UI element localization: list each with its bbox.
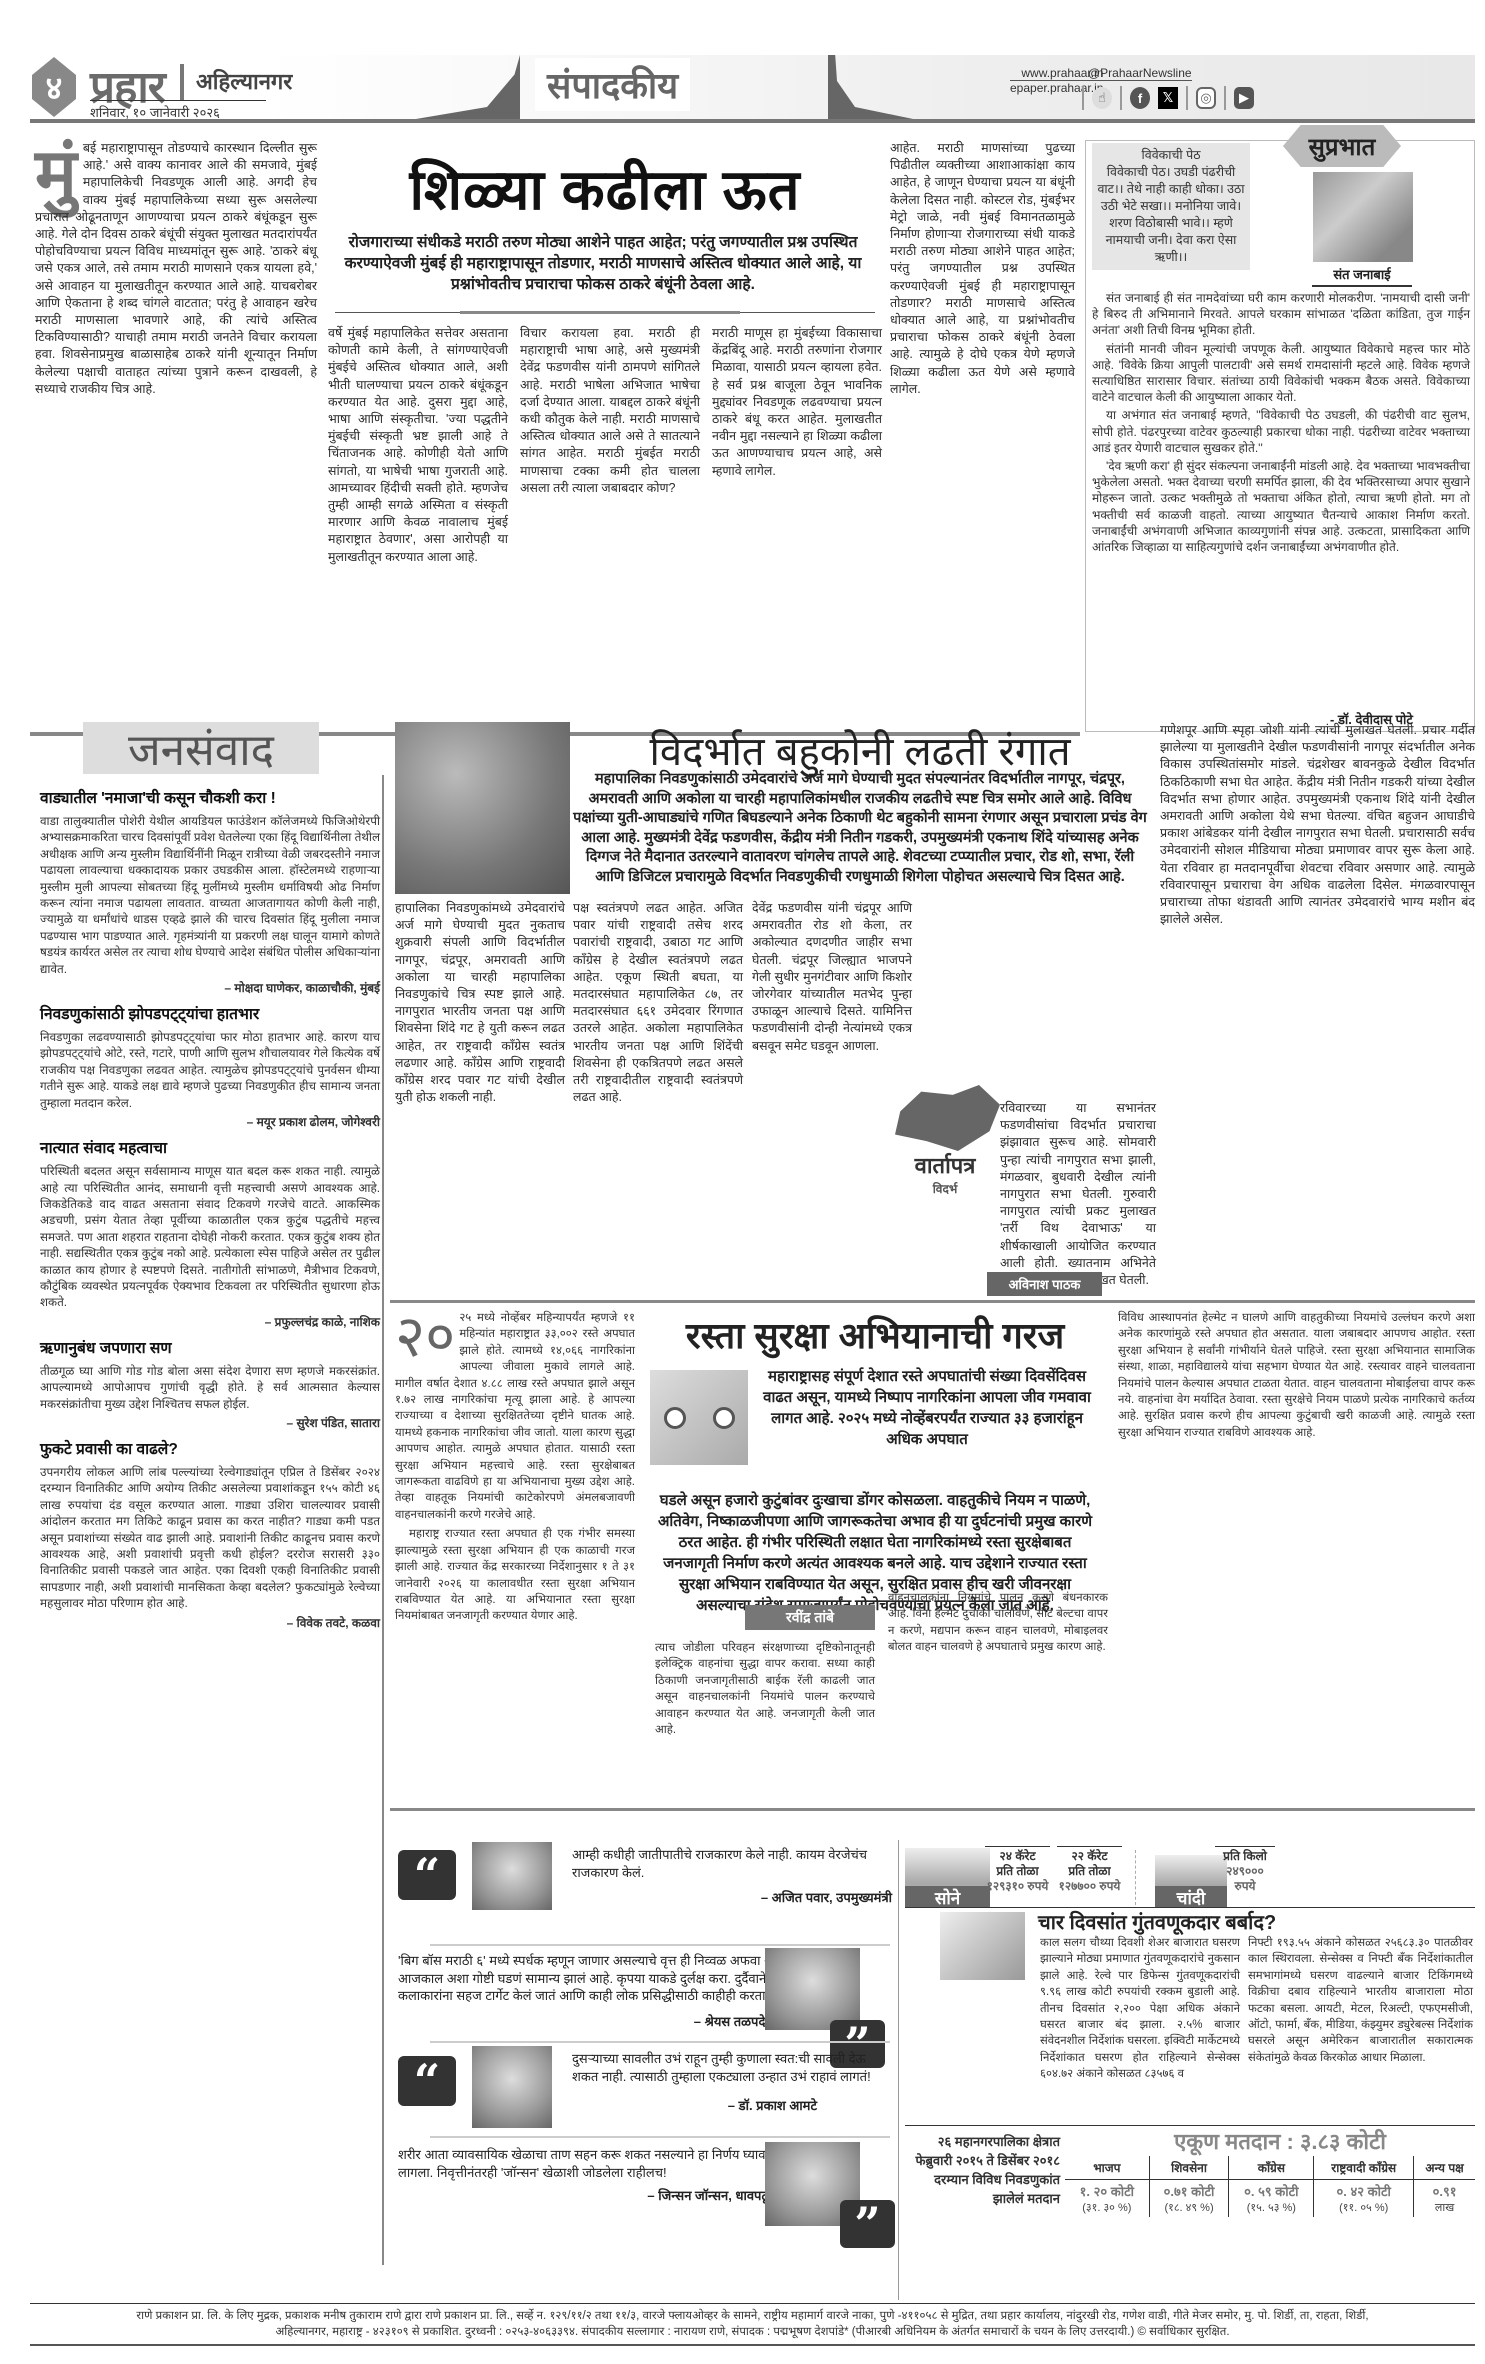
divider	[30, 2303, 1475, 2304]
brand-divider	[180, 64, 184, 100]
dropcap: मुं	[35, 144, 77, 204]
divider	[430, 2136, 890, 2138]
divider	[1135, 1850, 1136, 1905]
vidarbha-column: देवेंद्र फडणवीस यांनी चंद्रपूर आणि अमराव…	[752, 900, 912, 1055]
jansanvad-banner: जनसंवाद	[83, 722, 319, 774]
letter-text: उपनगरीय लोकल आणि लांब पल्ल्यांच्या रेल्व…	[40, 1464, 380, 1612]
letter-title: वाड्यातील 'नमाजा'ची कसून चौकशी करा !	[40, 786, 380, 808]
editorial-column: मराठी माणूस हा मुंबईच्या विकासाचा केंद्र…	[712, 325, 882, 480]
letter-signature: – मोक्षदा घाणेकर, काळाचौकी, मुंबई	[40, 979, 380, 996]
quote-text: 'बिग बॉस मराठी ६' मध्ये स्पर्धक म्हणून ज…	[398, 1952, 813, 2005]
instagram-icon[interactable]: ◎	[1196, 87, 1216, 109]
vidarbha-column: पक्ष स्वतंत्रपणे लढत आहेत. अजित पवार यां…	[573, 900, 743, 1106]
karat-label: २२ कॅरेट	[1057, 1846, 1122, 1864]
ajit-pawar-portrait	[472, 1842, 552, 1910]
editorial-column: आहेत. मराठी माणसांच्या पुढच्या पिढीतील व…	[890, 140, 1075, 398]
divider	[390, 1300, 1475, 1303]
editorial-lead: मुं बई महाराष्ट्रापासून तोडण्याचे कारस्थ…	[35, 140, 317, 398]
suprabhat-title: सुप्रभात	[1309, 130, 1376, 163]
column-divider	[898, 1840, 899, 2300]
column-header: शिवसेना	[1149, 2156, 1229, 2180]
verse-box: विवेकाची पेठ विवेकाची पेठ। उघडी पंढरीची …	[1092, 143, 1250, 270]
traffic-signs-image	[650, 1370, 748, 1465]
letter-text: निवडणुका लढवण्यासाठी झोपडपट्ट्यांचा फार …	[40, 1029, 380, 1111]
image-caption: संत जनाबाई	[1312, 265, 1412, 287]
table-cell: ०. ५९ कोटी(१५. ५३ %)	[1229, 2180, 1314, 2218]
vartapatra-label: वार्तापत्र विदर्भ	[895, 1150, 995, 1197]
quote-open-icon: “	[398, 1850, 456, 1900]
imprint-line: राणे प्रकाशन प्रा. लि. के लिए मुद्रक, प्…	[30, 2308, 1475, 2324]
social-handle[interactable]: @PrahaarNewsline	[1088, 66, 1192, 81]
quote-text: दुसऱ्याच्या सावलीत उभं राहून तुम्ही कुणा…	[572, 2050, 892, 2085]
voting-table-label: २६ महानगरपालिका क्षेत्रात फेब्रुवारी २०१…	[910, 2132, 1060, 2208]
vidarbha-column: हापालिका निवडणुकांमध्ये उमेदवारांचे अर्ज…	[395, 900, 565, 1106]
paragraph: महाराष्ट्र राज्यात रस्ता अपघात ही एक गंभ…	[395, 1526, 635, 1624]
verse-title: विवेकाची पेठ	[1096, 147, 1246, 164]
issue-date: शनिवार, १० जानेवारी २०२६	[90, 100, 266, 121]
vartapatra-region: विदर्भ	[895, 1180, 995, 1197]
price-value: १२७७०० रुपये	[1057, 1879, 1122, 1894]
price-value: १२९३१० रुपये	[985, 1879, 1050, 1894]
imprint-footer: राणे प्रकाशन प्रा. लि. के लिए मुद्रक, प्…	[30, 2308, 1475, 2340]
header-rule	[30, 119, 1475, 123]
divider	[430, 1944, 890, 1946]
letter-text: तीळगूळ घ्या आणि गोड गोड बोला असा संदेश द…	[40, 1363, 380, 1412]
verse-text: विवेकाची पेठ। उघडी पंढरीची वाट।। तेथे ना…	[1096, 164, 1246, 266]
stock-exchange-image	[940, 1912, 1025, 1980]
x-icon[interactable]: 𝕏	[1158, 87, 1178, 109]
vote-unit: लाख	[1416, 2200, 1473, 2215]
vote-percent: (११. ०५ %)	[1316, 2200, 1411, 2215]
column-header: राष्ट्रवादी काँग्रेस	[1314, 2156, 1414, 2180]
table-header-row: भाजप शिवसेना काँग्रेस राष्ट्रवादी काँग्र…	[1065, 2156, 1475, 2180]
gold-label: सोने	[905, 1886, 990, 1908]
sant-janabai-image	[1313, 172, 1413, 262]
suprabhat-banner: सुप्रभात	[1283, 125, 1401, 167]
vidarbha-byline: अविनाश पाठक	[987, 1272, 1102, 1296]
letter-text: वाडा तालुक्यातील पोशेरी येथील आयडियल फाउ…	[40, 813, 380, 977]
unit-label: प्रति तोळा	[985, 1864, 1050, 1879]
vote-value: ०. ५९ कोटी	[1244, 2184, 1298, 2199]
traffic-light-icon	[713, 1407, 735, 1429]
vote-percent: (१८. ४९ %)	[1152, 2200, 1227, 2215]
vote-value: ०. ४२ कोटी	[1337, 2184, 1391, 2199]
road-safety-column: वाहनचालकांना नियमांचे पालन करणे बंधनकारक…	[888, 1590, 1108, 1656]
quote-attribution: – श्रेयस तळपदे, अभिनेता	[398, 2012, 813, 2030]
divider	[390, 1808, 1475, 1811]
page-number-badge: ४	[32, 57, 76, 117]
vidarbha-column: रविवारच्या या सभानंतर फडणवीसांचा विदर्भा…	[1000, 1100, 1156, 1289]
paragraph: 'देव ऋणी करा' ही सुंदर संकल्पना जनाबाईंन…	[1092, 458, 1470, 555]
road-safety-byline: रवींद्र तांबे	[745, 1605, 875, 1630]
letter-title: फुकटे प्रवासी का वाढले?	[40, 1437, 380, 1459]
imprint-line: अहिल्यानगर, महाराष्ट्र - ४२३१०९ से प्रका…	[30, 2324, 1475, 2340]
market-column: काल सलग चौथ्या दिवशी शेअर बाजारात घसरण झ…	[1040, 1935, 1240, 2083]
letter-signature: – सुरेश पंडित, सातारा	[40, 1414, 380, 1431]
page-number: ४	[46, 66, 63, 109]
letter-title: ऋणानुबंध जपणारा सण	[40, 1336, 380, 1358]
social-icons: ☝ f 𝕏 ◎ ▶	[1082, 86, 1254, 110]
vote-value: १. २० कोटी	[1080, 2184, 1134, 2199]
unit-label: प्रति किलो	[1215, 1846, 1275, 1864]
road-safety-lead: २० २५ मध्ये नोव्हेंबर महिन्यापर्यंत म्हण…	[395, 1310, 635, 1625]
vidarbha-deck: महापालिका निवडणुकांसाठी उमेदवारांचे अर्ज…	[570, 770, 1150, 887]
column-header: काँग्रेस	[1229, 2156, 1314, 2180]
suprabhat-body: संत जनाबाई ही संत नामदेवांच्या घरी काम क…	[1092, 290, 1470, 557]
letter-signature: – प्रफुल्लचंद्र काळे, नाशिक	[40, 1313, 380, 1330]
no-entry-sign-icon	[664, 1407, 686, 1429]
column-header: अन्य पक्ष	[1414, 2156, 1475, 2180]
dropcap: २०	[395, 1310, 455, 1362]
quote-close-icon: ”	[840, 2200, 895, 2248]
quote-attribution: – डॉ. प्रकाश आमटे	[572, 2096, 817, 2114]
table-row: १. २० कोटी(३१. ३० %) ०.७१ कोटी(१८. ४९ %)…	[1065, 2180, 1475, 2218]
youtube-icon[interactable]: ▶	[1234, 87, 1254, 109]
letter-signature: – मयूर प्रकाश ढोलम, जोगेश्वरी	[40, 1113, 380, 1130]
road-safety-right-column: विविध आस्थापनांत हेल्मेट न घालणे आणि वाह…	[1118, 1310, 1475, 1441]
paragraph: संतांनी मानवी जीवन मूल्यांची जपणूक केली.…	[1092, 341, 1470, 406]
silver-price: प्रति किलो २४९००० रुपये	[1215, 1846, 1275, 1894]
letter-title: निवडणुकांसाठी झोपडपट्ट्यांचा हातभार	[40, 1002, 380, 1024]
quote-open-icon: “	[398, 2056, 456, 2106]
divider	[1186, 86, 1188, 110]
quote-attribution: – अजित पवार, उपमुख्यमंत्री	[572, 1888, 892, 1906]
voting-table-title: एकूण मतदान : ३.८३ कोटी	[1090, 2126, 1470, 2156]
divider	[460, 311, 740, 314]
vidarbha-headline: विदर्भात बहुकोनी लढती रंगात	[580, 722, 1140, 777]
divider	[430, 2041, 890, 2043]
road-safety-headline: रस्ता सुरक्षा अभियानाची गरज	[650, 1310, 1100, 1359]
column-divider	[382, 775, 384, 2265]
editorial-lead-text: बई महाराष्ट्रापासून तोडण्याचे कारस्थान द…	[35, 141, 317, 396]
paragraph: संत जनाबाई ही संत नामदेवांच्या घरी काम क…	[1092, 290, 1470, 339]
vartapatra-title: वार्तापत्र	[895, 1150, 995, 1180]
editorial-headline: शिळ्या कढीला ऊत	[335, 150, 875, 226]
vote-percent: (१५. ५३ %)	[1231, 2200, 1311, 2215]
facebook-icon[interactable]: f	[1130, 87, 1150, 109]
voting-table: भाजप शिवसेना काँग्रेस राष्ट्रवादी काँग्र…	[1065, 2156, 1475, 2217]
quote-text: शरीर आता व्यावसायिक खेळाचा ताण सहन करू श…	[398, 2146, 793, 2181]
column-header: भाजप	[1065, 2156, 1149, 2180]
table-cell: ०.९१लाख	[1414, 2180, 1475, 2218]
edition-name: अहिल्यानगर	[196, 66, 292, 96]
road-safety-column: त्याच जोडीला परिवहन संरक्षणाच्या दृष्टिक…	[655, 1640, 875, 1738]
divider	[1120, 86, 1122, 110]
gold-24k-price: २४ कॅरेट प्रति तोळा १२९३१० रुपये	[985, 1846, 1050, 1894]
letters-column: वाड्यातील 'नमाजा'ची कसून चौकशी करा ! वाड…	[40, 780, 380, 1631]
letter-title: नात्यात संवाद महत्वाचा	[40, 1136, 380, 1158]
divider	[30, 2344, 1475, 2346]
market-column: निफ्टी १९३.५५ अंकाने कोसळत २५६८३.३० पातळ…	[1248, 1935, 1473, 2066]
editorial-column: वर्षे मुंबई महापालिकेत सत्तेवर असताना को…	[328, 325, 508, 566]
road-safety-deck: महाराष्ट्रासह संपूर्ण देशात रस्ते अपघाता…	[752, 1366, 1102, 1450]
market-headline: चार दिवसांत गुंतवणूकदार बर्बाद?	[1038, 1908, 1276, 1935]
politicians-collage-image	[395, 722, 570, 894]
divider	[1082, 86, 1084, 110]
vote-percent: (३१. ३० %)	[1067, 2200, 1147, 2215]
vidarbha-right-column: गणेशपूर आणि स्पृहा जोशी यांनी त्यांची मु…	[1160, 722, 1475, 928]
letter-signature: – विवेक तवटे, कळवा	[40, 1614, 380, 1631]
editorial-column: विचार करायला हवा. मराठी ही महाराष्ट्राची…	[520, 325, 700, 497]
prakash-amte-portrait	[472, 2046, 552, 2128]
vote-value: ०.७१ कोटी	[1164, 2184, 1215, 2199]
section-title: संपादकीय	[535, 58, 690, 111]
quote-attribution: – जिन्सन जॉन्सन, धावपटू	[398, 2186, 768, 2204]
table-cell: १. २० कोटी(३१. ३० %)	[1065, 2180, 1149, 2218]
vidarbha-map-icon	[895, 1085, 1000, 1151]
quote-text: आम्ही कधीही जातीपातीचे राजकारण केले नाही…	[572, 1846, 892, 1881]
letter-text: परिस्थिती बदलत असून सर्वसामान्य माणूस या…	[40, 1163, 380, 1311]
touch-icon[interactable]: ☝	[1092, 87, 1112, 109]
paragraph: या अभंगात संत जनाबाई म्हणते, ''विवेकाची …	[1092, 407, 1470, 456]
table-cell: ०.७१ कोटी(१८. ४९ %)	[1149, 2180, 1229, 2218]
table-cell: ०. ४२ कोटी(११. ०५ %)	[1314, 2180, 1414, 2218]
divider	[1224, 86, 1226, 110]
price-value: २४९००० रुपये	[1215, 1864, 1275, 1894]
gold-22k-price: २२ कॅरेट प्रति तोळा १२७७०० रुपये	[1057, 1846, 1122, 1894]
editorial-deck: रोजगाराच्या संधीकडे मराठी तरुण मोठ्या आश…	[328, 232, 878, 295]
unit-label: प्रति तोळा	[1057, 1864, 1122, 1879]
vote-value: ०.९१	[1433, 2184, 1457, 2199]
karat-label: २४ कॅरेट	[985, 1846, 1050, 1864]
